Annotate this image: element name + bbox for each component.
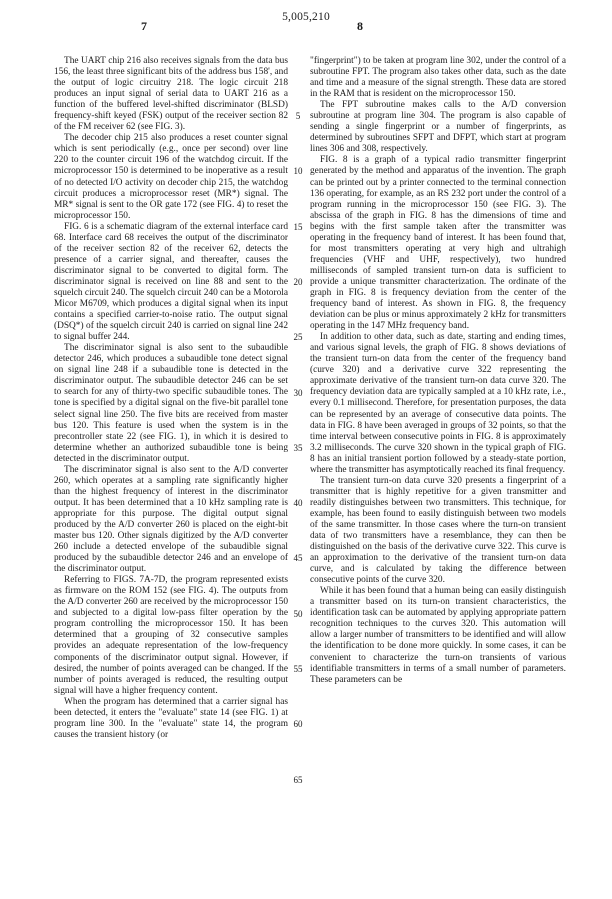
- line-number: 40: [289, 498, 307, 508]
- paragraph: The decoder chip 215 also produces a res…: [54, 133, 288, 221]
- line-number: 50: [289, 609, 307, 619]
- line-number: 55: [289, 664, 307, 674]
- paragraph: The transient turn-on data curve 320 pre…: [310, 476, 566, 586]
- line-number: 65: [289, 775, 307, 785]
- left-column: The UART chip 216 also receives signals …: [54, 56, 288, 741]
- paragraph: FIG. 8 is a graph of a typical radio tra…: [310, 155, 566, 332]
- line-number: 10: [289, 166, 307, 176]
- column-number-right: 8: [357, 19, 363, 34]
- line-number: 20: [289, 277, 307, 287]
- line-number: 30: [289, 388, 307, 398]
- paragraph: "fingerprint") to be taken at program li…: [310, 56, 566, 100]
- paragraph: The UART chip 216 also receives signals …: [54, 56, 288, 133]
- line-number: 45: [289, 553, 307, 563]
- line-number: 15: [289, 222, 307, 232]
- paragraph: In addition to other data, such as date,…: [310, 332, 566, 476]
- paragraph: When the program has determined that a c…: [54, 697, 288, 741]
- line-number: 35: [289, 443, 307, 453]
- line-number: 5: [289, 111, 307, 121]
- paragraph: FIG. 6 is a schematic diagram of the ext…: [54, 222, 288, 344]
- paragraph: The FPT subroutine makes calls to the A/…: [310, 100, 566, 155]
- paragraph: Referring to FIGS. 7A-7D, the program re…: [54, 575, 288, 697]
- line-number: 25: [289, 332, 307, 342]
- paragraph: While it has been found that a human bei…: [310, 586, 566, 685]
- right-column: "fingerprint") to be taken at program li…: [310, 56, 566, 686]
- paragraph: The discriminator signal is also sent to…: [54, 465, 288, 575]
- patent-number: 5,005,210: [0, 11, 612, 23]
- paragraph: The discriminator signal is also sent to…: [54, 343, 288, 465]
- column-number-left: 7: [141, 19, 147, 34]
- line-number: 60: [289, 719, 307, 729]
